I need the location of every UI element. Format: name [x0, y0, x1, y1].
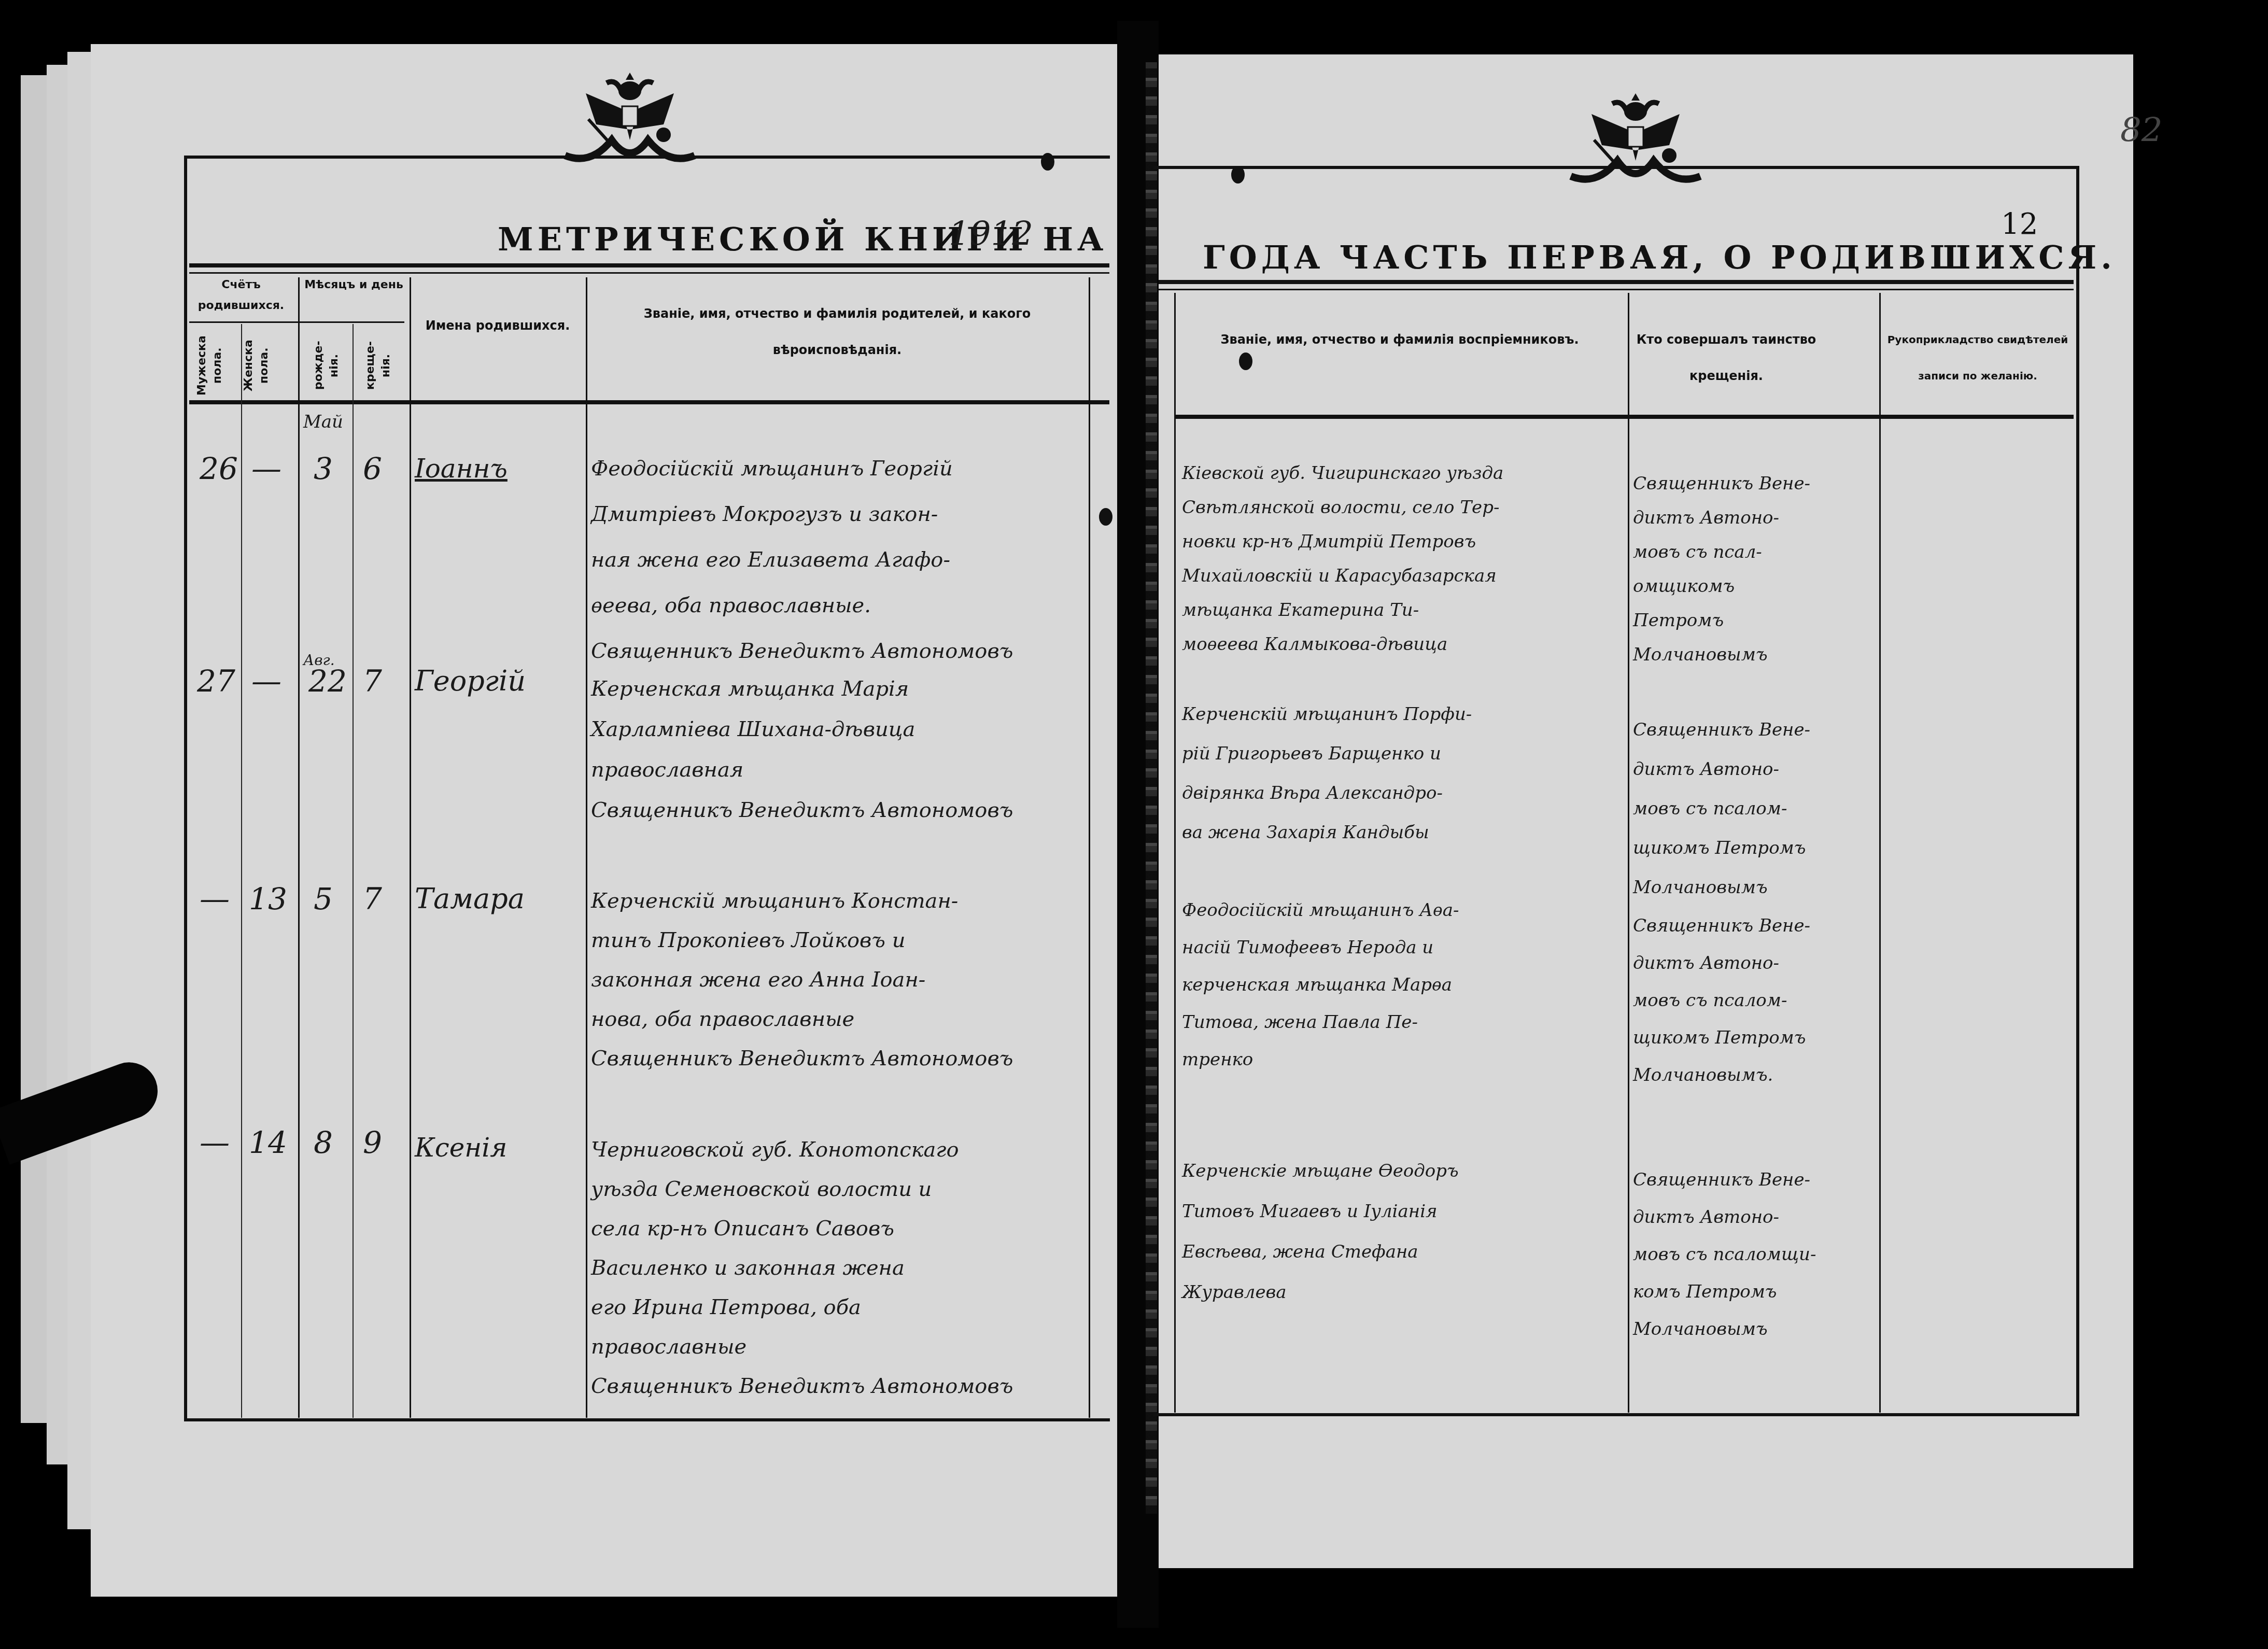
right-page-title: ГОДА ЧАСТЬ ПЕРВАЯ, О РОДИВШИХСЯ. — [1203, 238, 2116, 276]
col-line — [1174, 293, 1176, 1413]
entry-female-number: 14 — [249, 1120, 287, 1165]
header-month-day: Мѣсяцъ и день — [298, 275, 410, 295]
entry-parents: Черниговской губ. Конотопскаго уѣзда Сем… — [591, 1130, 1083, 1406]
entry-parents: Керченская мѣщанка Марія Харлампіева Ших… — [591, 669, 1083, 830]
col-line — [353, 324, 354, 1418]
binding-hole — [1239, 353, 1252, 370]
header-witnesses: Рукоприкладство свидѣтелей записи по жел… — [1879, 321, 2076, 394]
entry-birth-day: 8 — [314, 1120, 333, 1165]
folio-number: 82 — [2120, 111, 2162, 150]
entry-birth-day: 3 — [314, 446, 333, 491]
entry-child-name: Ксенія — [415, 1125, 507, 1171]
entry-month: Май — [303, 399, 343, 445]
col-line — [241, 324, 242, 1418]
entry-child-name: Тамара — [415, 876, 525, 922]
entry-male-number: — — [200, 1120, 230, 1165]
binding-hole — [1041, 153, 1054, 171]
header-rule-bottom — [1174, 415, 2074, 419]
col-line — [298, 277, 300, 1418]
entry-parents: Керченскій мѣщанинъ Констан- тинъ Прокоп… — [591, 881, 1083, 1078]
entry-male-number: 27 — [197, 658, 235, 704]
header-names: Имена родившихся. — [412, 311, 583, 340]
entry-godparents: Кіевской губ. Чигиринскаго уѣзда Свѣтлян… — [1182, 456, 1628, 661]
entry-godparents: Феодосійскій мѣщанинъ Аѳа- насій Тимофее… — [1182, 892, 1628, 1078]
header-birth-day: рожде-нія. — [311, 332, 342, 399]
header-rule-top — [189, 263, 1109, 267]
header-female: Женска пола. — [241, 332, 272, 399]
col-line — [1628, 293, 1629, 1413]
header-rule-top — [1159, 280, 2074, 284]
col-line — [586, 277, 587, 1418]
year-handwritten: 1912 — [949, 215, 1033, 253]
entry-baptism-day: 7 — [363, 876, 382, 922]
entry-officiant: Священникъ Вене- диктъ Автоно- мовъ съ п… — [1633, 1161, 1877, 1348]
entry-officiant: Священникъ Вене- диктъ Автоно- мовъ съ п… — [1633, 907, 1877, 1094]
double-headed-eagle-emblem-left — [544, 62, 715, 166]
col-line — [410, 277, 411, 1418]
header-male: Мужеска пола. — [194, 332, 226, 399]
entry-parents: Феодосійскій мѣщанинъ Георгій Дмитріевъ … — [591, 446, 1083, 674]
entry-baptism-day: 9 — [363, 1120, 382, 1165]
page-number: 12 — [2001, 207, 2038, 241]
header-godparents: Званіе, имя, отчество и фамилія воспріем… — [1203, 321, 1597, 358]
entry-male-number: — — [200, 876, 230, 922]
col-line — [1879, 293, 1881, 1413]
binding-hole — [1231, 166, 1245, 184]
entry-female-number: 13 — [249, 876, 287, 922]
entry-birth-day: 22 — [308, 658, 347, 704]
entry-baptism-day: 7 — [363, 658, 382, 704]
entry-godparents: Керченскіе мѣщане Ѳеодоръ Титовъ Мигаевъ… — [1182, 1151, 1628, 1313]
entry-birth-day: 5 — [314, 876, 333, 922]
entry-officiant: Священникъ Вене- диктъ Автоно- мовъ съ п… — [1633, 710, 1877, 907]
entry-child-name: Георгій — [415, 658, 526, 704]
header-baptism-day: креще-нія. — [363, 332, 394, 399]
entry-godparents: Керченскій мѣщанинъ Порфи- рій Григорьев… — [1182, 695, 1628, 852]
binding-hole — [1099, 508, 1112, 526]
header-rule-thin — [189, 272, 1109, 274]
col-line — [1089, 277, 1090, 1418]
entry-female-number: — — [251, 446, 281, 491]
entry-male-number: 26 — [200, 446, 238, 491]
header-rule-thin — [1159, 289, 2074, 290]
entry-female-number: — — [251, 658, 281, 704]
entry-child-name: Іоаннъ — [415, 446, 508, 491]
entry-baptism-day: 6 — [363, 446, 382, 491]
header-officiant: Кто совершалъ таинство крещенія. — [1633, 321, 1820, 394]
header-birth-count: Счётъ родившихся. — [187, 275, 295, 316]
subheader-rule — [189, 321, 404, 323]
entry-officiant: Священникъ Вене- диктъ Автоно- мовъ съ п… — [1633, 467, 1877, 672]
header-parents: Званіе, имя, отчество и фамилія родителе… — [591, 295, 1083, 368]
